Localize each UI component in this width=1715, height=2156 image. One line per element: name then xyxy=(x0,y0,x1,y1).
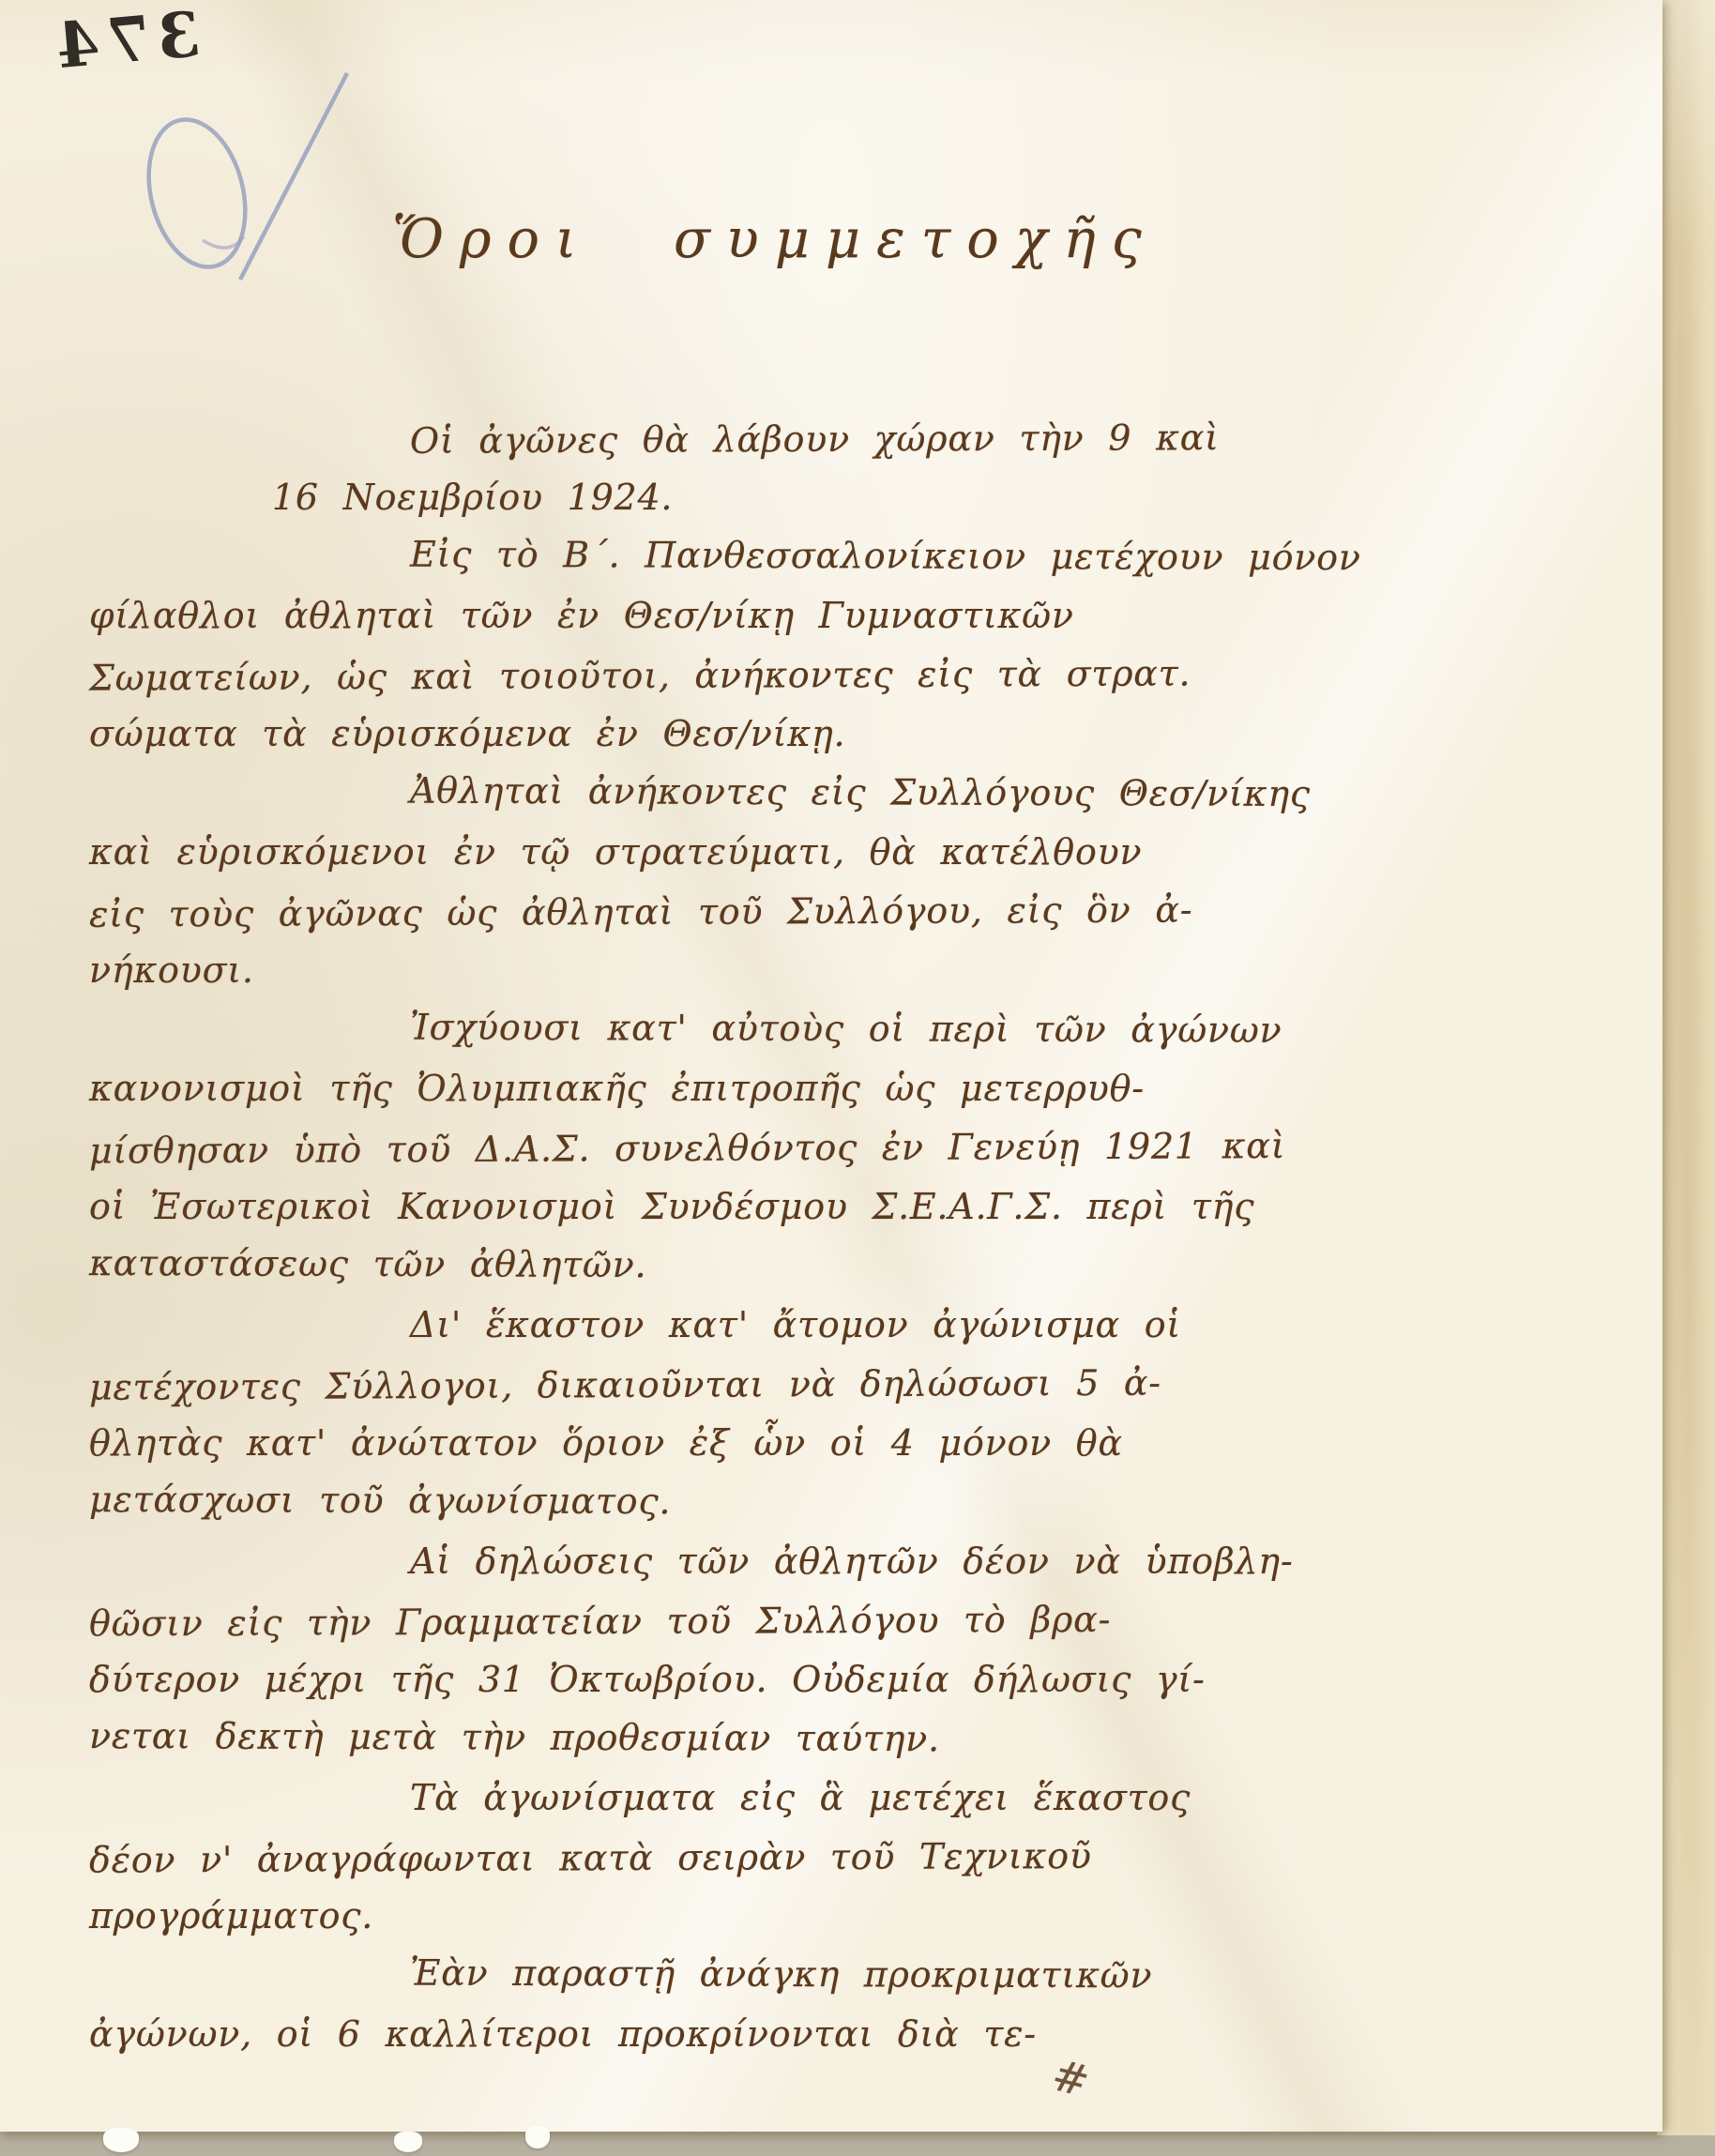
underlying-page-edge xyxy=(1657,0,1715,2135)
manuscript-line: Ἐὰν παραστῇ ἀνάγκη προκριματικῶν xyxy=(410,1944,1665,2008)
manuscript-line: κανονισμοὶ τῆς Ὀλυμπιακῆς ἐπιτροπῆς ὡς μ… xyxy=(89,1059,1665,1118)
torn-edge xyxy=(525,2126,550,2148)
manuscript-body: Οἱ ἀγῶνες θὰ λάβουν χώραν τὴν 9 καὶ16 Νο… xyxy=(89,409,1665,2064)
manuscript-line: καὶ εὑρισκόμενοι ἐν τῷ στρατεύματι, θὰ κ… xyxy=(89,823,1665,882)
manuscript-line: θλητὰς κατ' ἀνώτατον ὅριον ἐξ ὧν οἱ 4 μό… xyxy=(89,1414,1665,1473)
manuscript-line: Εἰς τὸ Β΄. Πανθεσσαλονίκειον μετέχουν μό… xyxy=(410,525,1665,589)
manuscript-line: Δι' ἕκαστον κατ' ἄτομον ἀγώνισμα οἱ xyxy=(410,1296,1665,1355)
manuscript-line: οἱ Ἐσωτερικοὶ Κανονισμοὶ Συνδέσμου Σ.Ε.Α… xyxy=(89,1177,1665,1237)
manuscript-line: θῶσιν εἰς τὴν Γραμματείαν τοῦ Συλλόγου τ… xyxy=(89,1587,1665,1653)
manuscript-line: 16 Νοεμβρίου 1924. xyxy=(272,468,1665,527)
torn-edge xyxy=(394,2132,422,2152)
pencil-mark xyxy=(111,62,383,296)
torn-edge xyxy=(103,2128,139,2152)
manuscript-line: Ἰσχύουσι κατ' αὐτοὺς οἱ περὶ τῶν ἀγώνων xyxy=(410,998,1665,1062)
manuscript-line: εἰς τοὺς ἀγῶνας ὡς ἀθληταὶ τοῦ Συλλόγου,… xyxy=(89,878,1665,944)
manuscript-line: νήκουσι. xyxy=(89,941,1665,1000)
manuscript-line: Τὰ ἀγωνίσματα εἰς ἃ μετέχει ἕκαστος xyxy=(410,1769,1665,1828)
manuscript-line: προγράμματος. xyxy=(89,1887,1665,1946)
manuscript-line: μετέχοντες Σύλλογοι, δικαιοῦνται νὰ δηλώ… xyxy=(89,1351,1665,1417)
scanned-page: 374 Ὅροι συμμετοχῆς Οἱ ἀγῶνες θὰ λάβουν … xyxy=(0,0,1715,2156)
manuscript-line: φίλαθλοι ἀθληταὶ τῶν ἐν Θεσ/νίκῃ Γυμναστ… xyxy=(89,586,1665,645)
manuscript-line: μετάσχωσι τοῦ ἀγωνίσματος. xyxy=(89,1470,1665,1535)
manuscript-line: Σωματείων, ὡς καὶ τοιοῦτοι, ἀνήκοντες εἰ… xyxy=(89,642,1665,707)
manuscript-line: δέον ν' ἀναγράφωνται κατὰ σειρὰν τοῦ Τεχ… xyxy=(89,1824,1665,1890)
manuscript-line: μίσθησαν ὑπὸ τοῦ Δ.Α.Σ. συνελθόντος ἐν Γ… xyxy=(89,1115,1665,1180)
manuscript-line: Αἱ δηλώσεις τῶν ἀθλητῶν δέον νὰ ὑποβλη- xyxy=(410,1532,1665,1591)
manuscript-line: δύτερον μέχρι τῆς 31 Ὀκτωβρίου. Οὐδεμία … xyxy=(89,1650,1665,1709)
manuscript-line: καταστάσεως τῶν ἀθλητῶν. xyxy=(89,1234,1665,1298)
manuscript-line: Ἀθληταὶ ἀνήκοντες εἰς Συλλόγους Θεσ/νίκη… xyxy=(410,762,1665,826)
document-title: Ὅροι συμμετοχῆς xyxy=(392,208,1424,270)
manuscript-line: ἀγώνων, οἱ 6 καλλίτεροι προκρίνονται διὰ… xyxy=(89,2005,1665,2064)
manuscript-line: Οἱ ἀγῶνες θὰ λάβουν χώραν τὴν 9 καὶ xyxy=(410,406,1665,471)
manuscript-line: σώματα τὰ εὑρισκόμενα ἐν Θεσ/νίκῃ. xyxy=(89,705,1665,764)
manuscript-line: νεται δεκτὴ μετὰ τὴν προθεσμίαν ταύτην. xyxy=(89,1707,1665,1771)
